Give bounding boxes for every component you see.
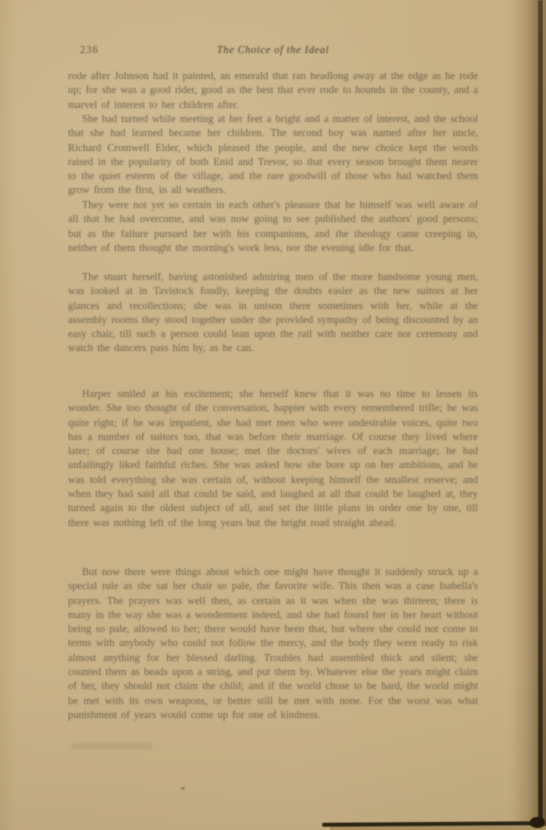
fore-edge-shadow [512, 0, 538, 830]
running-title: The Choice of the Ideal [68, 45, 478, 56]
ink-smudge [72, 743, 152, 749]
paragraph-6: But now there were things about which on… [68, 566, 478, 767]
paragraph-2: She had turned while meeting at her feet… [68, 113, 478, 199]
paragraph-1: rode after Johnson had it painted, an em… [68, 70, 478, 113]
corner-blot [530, 817, 545, 828]
paper-speck [181, 787, 185, 790]
paragraph-3: They were not yet so certain in each oth… [68, 199, 478, 271]
paragraph-4: The stuart herself, having astonished ad… [68, 271, 478, 372]
under-page-strip [330, 826, 546, 830]
paragraph-5: Harper smiled at his excitement; she her… [68, 388, 478, 560]
running-header: 236 The Choice of the Ideal [68, 45, 478, 59]
scanned-book-page: 236 The Choice of the Ideal rode after J… [0, 0, 546, 830]
text-block: 236 The Choice of the Ideal rode after J… [68, 45, 478, 767]
